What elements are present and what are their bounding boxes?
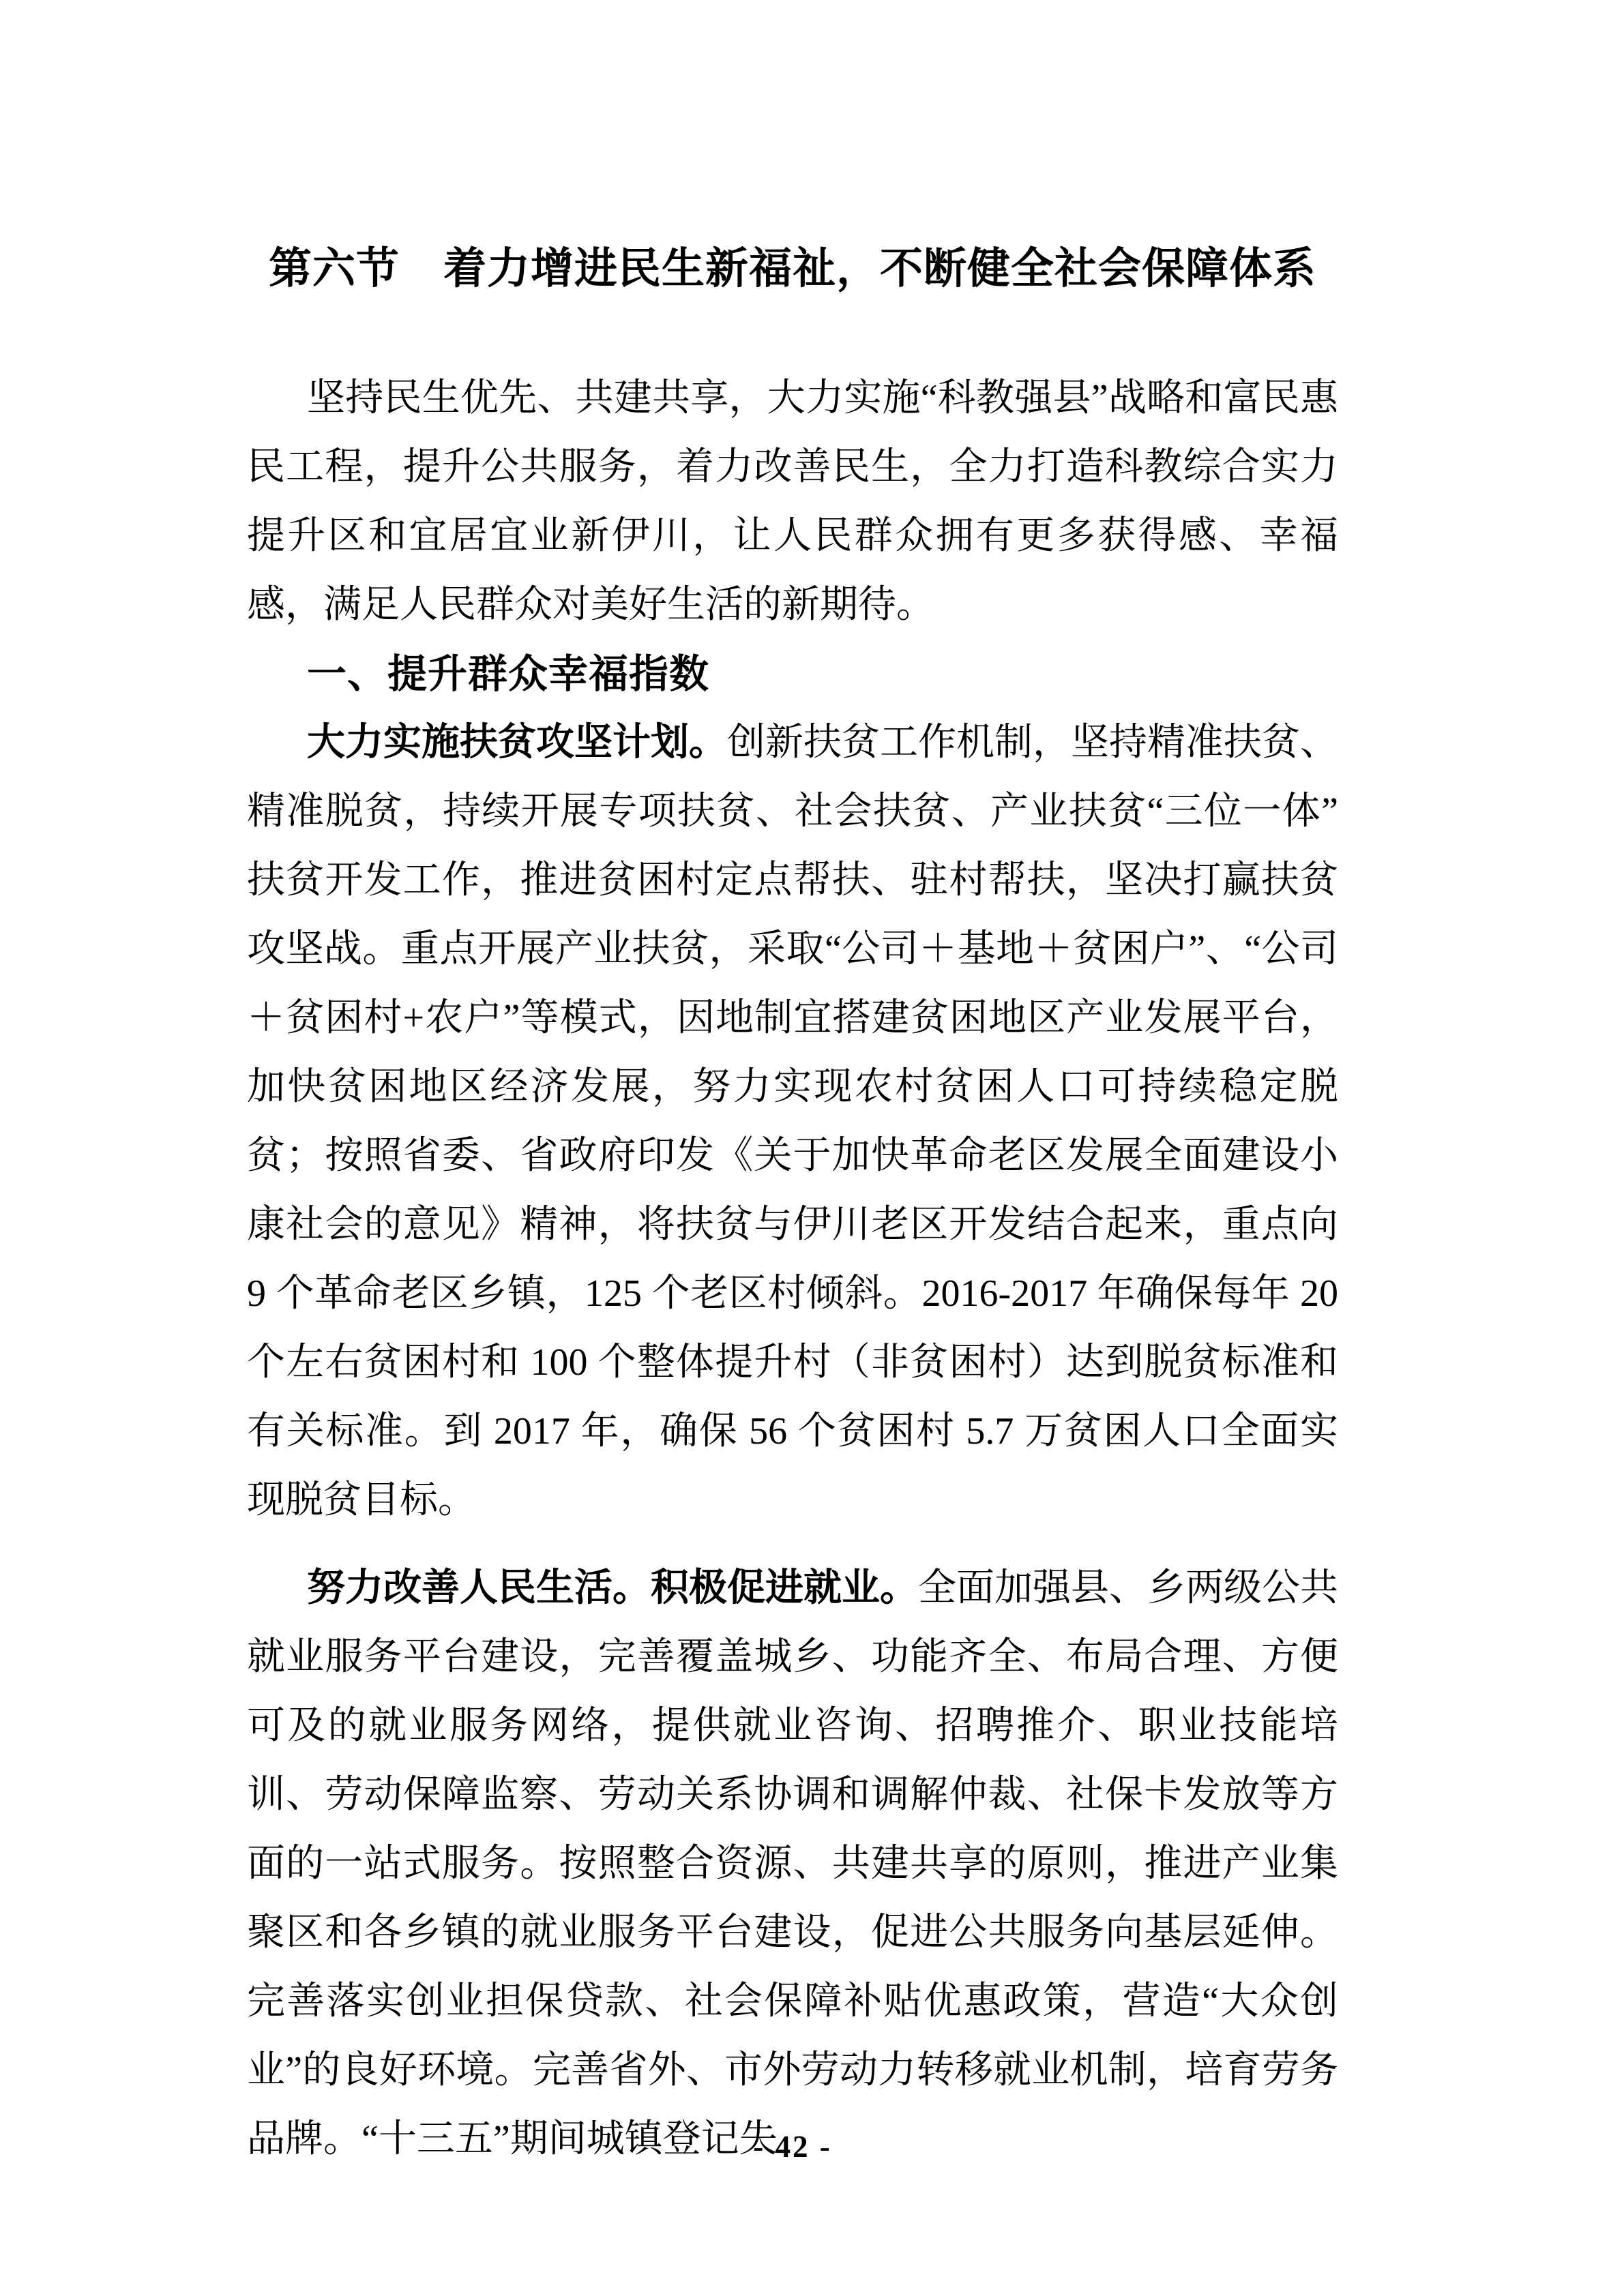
intro-paragraph: 坚持民生优先、共建共享，大力实施“科教强县”战略和富民惠民工程，提升公共服务，着… — [247, 364, 1338, 640]
document-page: 第六节 着力增进民生新福祉，不断健全社会保障体系 坚持民生优先、共建共享，大力实… — [0, 0, 1624, 2296]
page-number: - 42 - — [247, 2129, 1338, 2164]
paragraph-poverty-alleviation: 大力实施扶贫攻坚计划。创新扶贫工作机制，坚持精准扶贫、精准脱贫，持续开展专项扶贫… — [247, 709, 1338, 1535]
section-title: 第六节 着力增进民生新福祉，不断健全社会保障体系 — [247, 230, 1338, 307]
body-text: 坚持民生优先、共建共享，大力实施“科教强县”战略和富民惠民工程，提升公共服务，着… — [247, 364, 1338, 2174]
sub-heading-1: 一、提升群众幸福指数 — [247, 640, 1338, 709]
paragraph-lead-bold: 大力实施扶贫攻坚计划。 — [307, 721, 727, 764]
paragraph-lead-bold: 努力改善人民生活。积极促进就业。 — [307, 1567, 918, 1609]
paragraph-body-text: 全面加强县、乡两级公共就业服务平台建设，完善覆盖城乡、功能齐全、布局合理、方便可… — [247, 1567, 1338, 2160]
paragraph-body-text: 创新扶贫工作机制，坚持精准扶贫、精准脱贫，持续开展专项扶贫、社会扶贫、产业扶贫“… — [247, 721, 1338, 1521]
paragraph-livelihood: 努力改善人民生活。积极促进就业。全面加强县、乡两级公共就业服务平台建设，完善覆盖… — [247, 1554, 1338, 2174]
